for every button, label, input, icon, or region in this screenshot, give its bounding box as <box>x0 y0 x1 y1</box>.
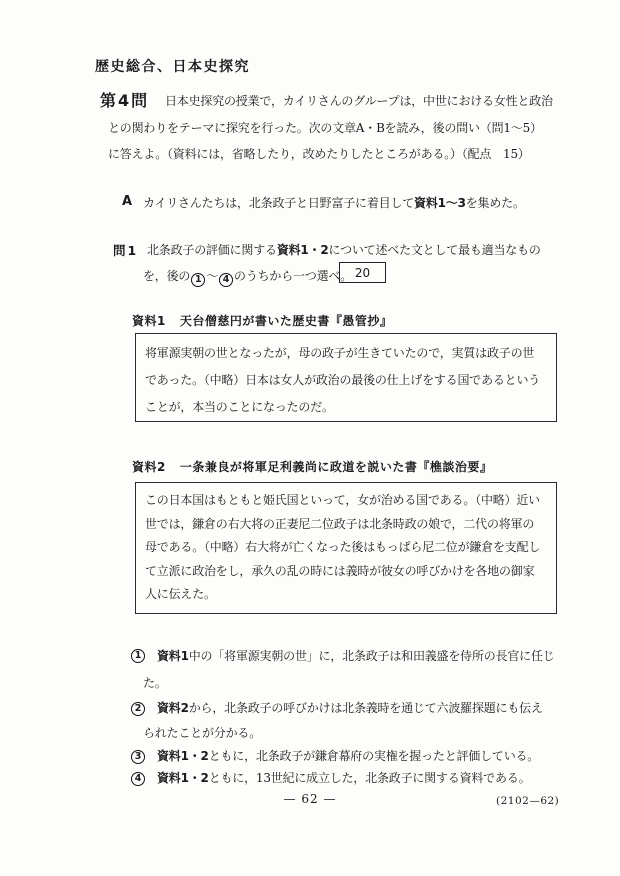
q1-line1-bold: 資料1・2 <box>277 243 329 257</box>
choice-2-text: から，北条政子の呼びかけは北条義時を通じて六波羅探題にも伝え <box>189 701 543 715</box>
choice-4-line1: 資料1・2ともに，13世紀に成立した，北条政子に関する資料である。 <box>157 770 530 787</box>
q1-line2-pre: を，後の <box>143 269 190 283</box>
choice-1-text: 中の「将軍源実朝の世」に，北条政子は和田義盛を侍所の長官に任じ <box>189 649 555 663</box>
choice-1-bold: 資料1 <box>157 649 189 663</box>
choice-3-number-icon: 3 <box>131 750 145 764</box>
choice-4-bold: 資料1・2 <box>157 771 209 785</box>
q1-line2-tilde: ～ <box>206 269 218 283</box>
source2-line: て立派に政治をし，承久の乱の時には義時が彼女の呼びかけを各地の御家 <box>145 560 556 584</box>
source2-line: 世では，鎌倉の右大将の正妻尼二位政子は北条時政の娘で，二代の将軍の <box>145 513 556 537</box>
question-number-label: 第4問 <box>100 88 149 111</box>
exam-page: 歴史総合、日本史探究 第4問 日本史探究の授業で，カイリさんのグループは，中世に… <box>0 0 620 876</box>
section-a-text: カイリさんたちは，北条政子と日野富子に着目して資料1～3を集めた。 <box>143 195 525 212</box>
section-a-text-pre: カイリさんたちは，北条政子と日野富子に着目して <box>143 196 414 210</box>
q1-line2: を，後の1～4のうちから一つ選べ。 <box>143 268 352 287</box>
section-a-text-bold: 資料1～3 <box>414 196 466 210</box>
choice-3-line1: 資料1・2ともに，北条政子が鎌倉幕府の実権を握ったと評価している。 <box>157 748 539 765</box>
source1-line: であった。（中略）日本は女人が政治の最後の仕上げをする国であるという <box>145 367 556 394</box>
question-intro-line: 日本史探究の授業で，カイリさんのグループは，中世における女性と政治 <box>165 93 553 110</box>
source1-line: 将軍源実朝の世となったが，母の政子が生きていたので，実質は政子の世 <box>145 340 556 367</box>
choice-1-line1: 資料1中の「将軍源実朝の世」に，北条政子は和田義盛を侍所の長官に任じ <box>157 648 555 665</box>
circled-1-icon: 1 <box>191 273 205 287</box>
question-intro-line: との関わりをテーマに探究を行った。次の文章A・Bを読み，後の問い（問1～5） <box>108 120 542 137</box>
choice-2-line1: 資料2から，北条政子の呼びかけは北条義時を通じて六波羅探題にも伝え <box>157 700 543 717</box>
source2-line: 母である。（中略）右大将が亡くなった後はもっぱら尼二位が鎌倉を支配し <box>145 536 556 560</box>
source2-label: 資料2 <box>132 460 166 474</box>
circled-4-icon: 4 <box>219 273 233 287</box>
choice-2-number-icon: 2 <box>131 702 145 716</box>
choice-4-text: ともに，13世紀に成立した，北条政子に関する資料である。 <box>209 771 531 785</box>
q1-label: 問1 <box>113 241 138 259</box>
source2-heading: 資料2一条兼良が将軍足利義尚に政道を説いた書『樵談治要』 <box>132 458 492 475</box>
source1-title: 天台僧慈円が書いた歴史書『愚管抄』 <box>180 314 393 328</box>
source2-line: 人に伝えた。 <box>145 583 556 607</box>
choice-1-number-icon: 1 <box>131 649 145 663</box>
section-a-label: A <box>122 194 132 209</box>
choice-2-bold: 資料2 <box>157 701 189 715</box>
source1-line: ことが，本当のことになったのだ。 <box>145 394 556 421</box>
document-code: (2102—62) <box>496 795 559 807</box>
answer-number-box: 20 <box>339 262 386 283</box>
q1-line1-pre: 北条政子の評価に関する <box>147 243 277 257</box>
choice-3-bold: 資料1・2 <box>157 749 209 763</box>
q1-line1-post: について述べた文として最も適当なもの <box>329 243 541 257</box>
choice-3-text: ともに，北条政子が鎌倉幕府の実権を握ったと評価している。 <box>209 749 539 763</box>
page-title: 歴史総合、日本史探究 <box>95 56 250 76</box>
source2-line: この日本国はもともと姫氏国といって，女が治める国である。（中略）近い <box>145 489 556 513</box>
source2-quote-box: この日本国はもともと姫氏国といって，女が治める国である。（中略）近い 世では，鎌… <box>135 482 557 614</box>
choice-4-number-icon: 4 <box>131 772 145 786</box>
question-intro-line: に答えよ。（資料には，省略したり，改めたりしたところがある。）（配点 15） <box>108 146 530 163</box>
source1-quote-box: 将軍源実朝の世となったが，母の政子が生きていたので，実質は政子の世 であった。（… <box>135 333 557 422</box>
section-a-text-post: を集めた。 <box>466 196 525 210</box>
q1-line2-post: のうちから一つ選べ。 <box>234 269 352 283</box>
source1-heading: 資料1天台僧慈円が書いた歴史書『愚管抄』 <box>132 312 392 329</box>
source2-title: 一条兼良が将軍足利義尚に政道を説いた書『樵談治要』 <box>180 460 493 474</box>
q1-line1: 北条政子の評価に関する資料1・2について述べた文として最も適当なもの <box>147 242 541 259</box>
choice-1-line2: た。 <box>143 675 167 692</box>
choice-2-line2: られたことが分かる。 <box>143 725 261 742</box>
source1-label: 資料1 <box>132 314 166 328</box>
